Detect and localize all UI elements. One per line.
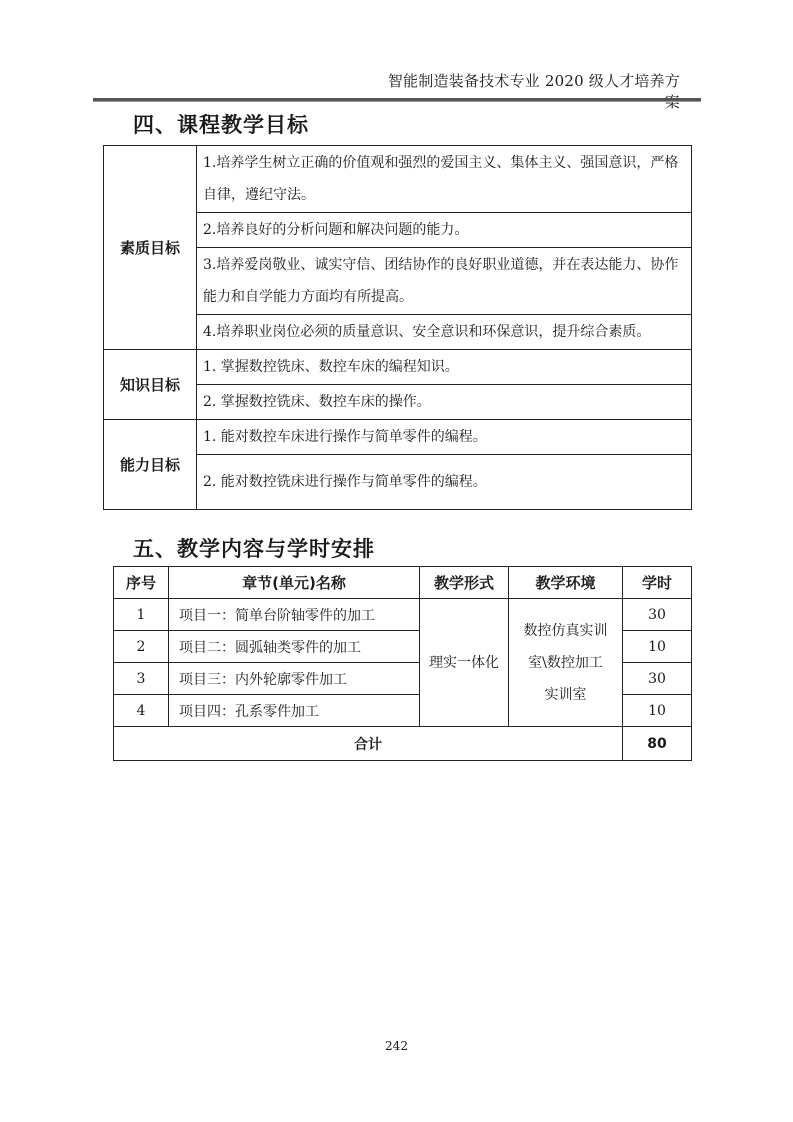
table-row: 1 项目一：简单台阶轴零件的加工 理实一体化 数控仿真实训室\数控加工实训室 3… xyxy=(114,599,692,631)
table-header-row: 序号 章节(单元)名称 教学形式 教学环境 学时 xyxy=(114,567,692,599)
goal-category: 知识目标 xyxy=(104,350,197,420)
column-header-environment: 教学环境 xyxy=(509,567,623,599)
row-no: 3 xyxy=(114,663,169,695)
goal-item: 4.培养职业岗位必须的质量意识、安全意识和环保意识，提升综合素质。 xyxy=(197,315,692,350)
row-no: 2 xyxy=(114,631,169,663)
goal-item: 1. 能对数控车床进行操作与简单零件的编程。 xyxy=(197,420,692,455)
row-chapter: 项目一：简单台阶轴零件的加工 xyxy=(169,599,420,631)
table-total-row: 合计 80 xyxy=(114,727,692,761)
row-hours: 10 xyxy=(623,631,692,663)
column-header-chapter: 章节(单元)名称 xyxy=(169,567,420,599)
goal-category: 素质目标 xyxy=(104,146,197,350)
total-label: 合计 xyxy=(114,727,623,761)
goal-item: 1. 掌握数控铣床、数控车床的编程知识。 xyxy=(197,350,692,385)
header-rule xyxy=(93,98,701,102)
page-number: 242 xyxy=(0,1039,793,1053)
table-row: 能力目标 1. 能对数控车床进行操作与简单零件的编程。 xyxy=(104,420,692,455)
goal-item: 2.培养良好的分析问题和解决问题的能力。 xyxy=(197,213,692,248)
goal-item: 3.培养爱岗敬业、诚实守信、团结协作的良好职业道德，并在表达能力、协作能力和自学… xyxy=(197,248,692,315)
running-header: 智能制造装备技术专业 2020 级人才培养方案 xyxy=(380,70,680,112)
goal-item: 1.培养学生树立正确的价值观和强烈的爱国主义、集体主义、强国意识，严格自律，遵纪… xyxy=(197,146,692,213)
content-schedule-table: 序号 章节(单元)名称 教学形式 教学环境 学时 1 项目一：简单台阶轴零件的加… xyxy=(113,566,692,761)
column-header-no: 序号 xyxy=(114,567,169,599)
row-hours: 10 xyxy=(623,695,692,727)
teaching-form: 理实一体化 xyxy=(420,599,509,727)
total-hours: 80 xyxy=(623,727,692,761)
column-header-hours: 学时 xyxy=(623,567,692,599)
row-chapter: 项目二：圆弧轴类零件的加工 xyxy=(169,631,420,663)
row-no: 4 xyxy=(114,695,169,727)
table-row: 素质目标 1.培养学生树立正确的价值观和强烈的爱国主义、集体主义、强国意识，严格… xyxy=(104,146,692,213)
section-title-course-goals: 四、课程教学目标 xyxy=(133,109,309,139)
teaching-environment: 数控仿真实训室\数控加工实训室 xyxy=(509,599,623,727)
goal-item: 2. 能对数控铣床进行操作与简单零件的编程。 xyxy=(197,455,692,510)
goal-category: 能力目标 xyxy=(104,420,197,510)
row-hours: 30 xyxy=(623,599,692,631)
column-header-form: 教学形式 xyxy=(420,567,509,599)
teaching-form-text: 理实一体化 xyxy=(429,647,499,679)
course-goals-table: 素质目标 1.培养学生树立正确的价值观和强烈的爱国主义、集体主义、强国意识，严格… xyxy=(103,145,692,510)
row-no: 1 xyxy=(114,599,169,631)
section-title-content-schedule: 五、教学内容与学时安排 xyxy=(133,533,375,563)
row-chapter: 项目四：孔系零件加工 xyxy=(169,695,420,727)
table-row: 知识目标 1. 掌握数控铣床、数控车床的编程知识。 xyxy=(104,350,692,385)
row-hours: 30 xyxy=(623,663,692,695)
goal-item: 2. 掌握数控铣床、数控车床的操作。 xyxy=(197,385,692,420)
teaching-environment-text: 数控仿真实训室\数控加工实训室 xyxy=(524,615,608,711)
row-chapter: 项目三：内外轮廓零件加工 xyxy=(169,663,420,695)
